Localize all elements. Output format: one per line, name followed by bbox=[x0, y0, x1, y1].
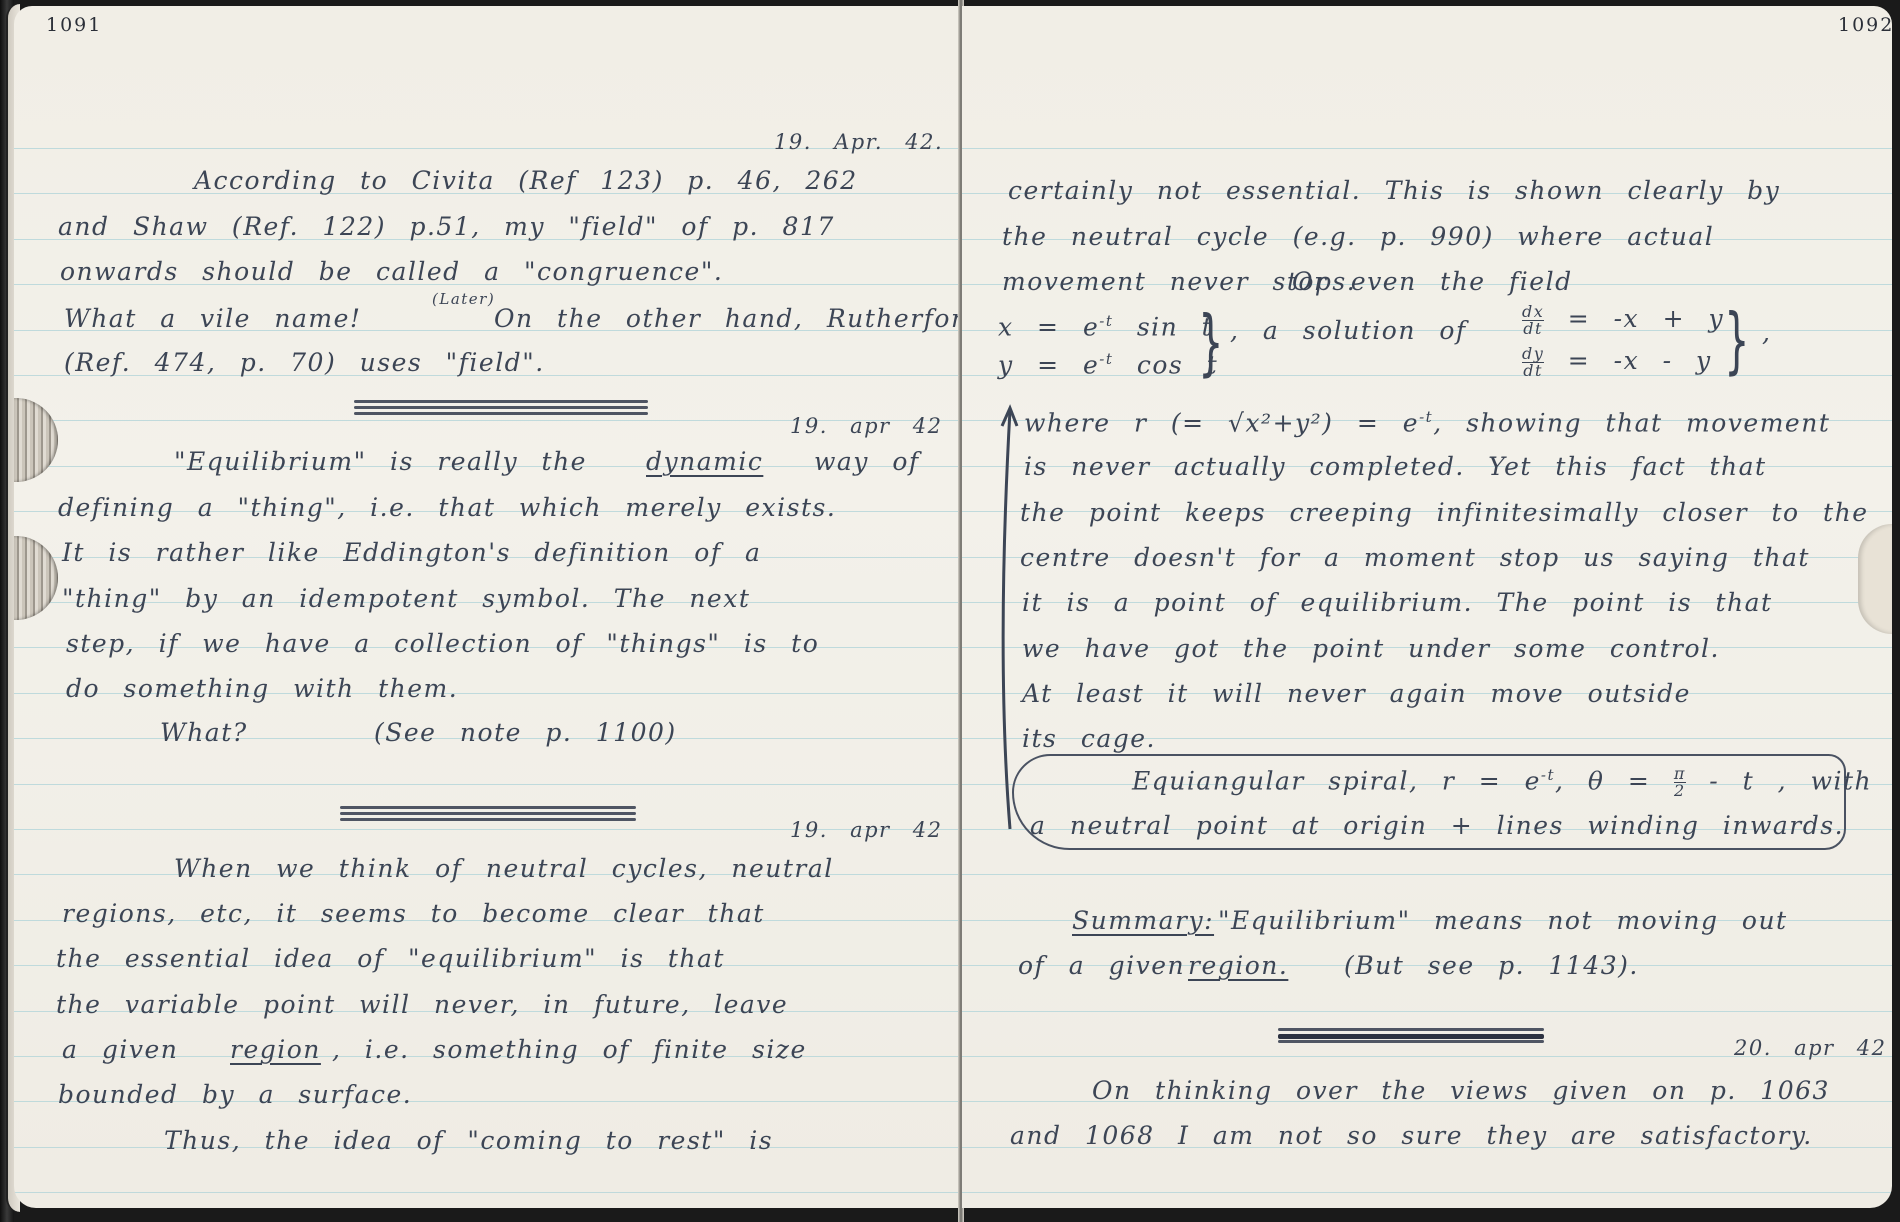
text-line: step, if we have a collection of "things… bbox=[66, 629, 819, 658]
summary-text: "Equilibrium" means not moving out bbox=[1218, 906, 1788, 935]
text-line: Thus, the idea of "coming to rest" is bbox=[164, 1126, 773, 1155]
cross-reference: (See note p. 1100) bbox=[374, 718, 677, 747]
solution-of-text: , a solution of bbox=[1230, 316, 1467, 345]
right-brace-icon: } bbox=[1198, 306, 1223, 378]
section-divider bbox=[354, 400, 648, 416]
text-line: its cage. bbox=[1022, 724, 1156, 753]
text-line: it is a point of equilibrium. The point … bbox=[1022, 588, 1773, 617]
text-line: certainly not essential. This is shown c… bbox=[1008, 176, 1780, 205]
text-line: we have got the point under some control… bbox=[1022, 634, 1720, 663]
ruled-line bbox=[962, 148, 1892, 149]
trailing-comma: , bbox=[1762, 318, 1771, 347]
text-line: , i.e. something of finite size bbox=[332, 1035, 807, 1064]
text-line: and 1068 I am not so sure they are satis… bbox=[1010, 1121, 1813, 1150]
text-line: the point keeps creeping infinitesimally… bbox=[1020, 498, 1868, 527]
right-brace-icon: } bbox=[1724, 304, 1749, 376]
text-line: centre doesn't for a moment stop us sayi… bbox=[1020, 543, 1810, 572]
text-line: "Equilibrium" is really the bbox=[174, 447, 587, 476]
text-line: where r (= √x²+y²) = e-t, showing that m… bbox=[1024, 408, 1830, 437]
summary-text: of a given bbox=[1018, 951, 1185, 980]
text-line: What a vile name! bbox=[64, 304, 361, 333]
text-line: a given bbox=[62, 1035, 178, 1064]
later-annotation: (Later) bbox=[432, 290, 495, 308]
text-line: bounded by a surface. bbox=[58, 1080, 412, 1109]
notebook-spread: 1091 19. Apr. 42. According to Civita (R… bbox=[0, 0, 1900, 1222]
underlined-word: region bbox=[230, 1035, 321, 1064]
text-line: "thing" by an idempotent symbol. The nex… bbox=[62, 584, 750, 613]
text-line: (Ref. 474, p. 70) uses "field". bbox=[64, 348, 545, 377]
equation-dy-dt: dydt = -x - y bbox=[1522, 346, 1712, 379]
entry-date: 19. apr 42 bbox=[790, 818, 942, 842]
underlined-word: region. bbox=[1188, 951, 1288, 980]
binder-ring-bottom bbox=[14, 536, 58, 620]
page-number-right: 1092 bbox=[1838, 14, 1892, 36]
text-line: onwards should be called a "congruence". bbox=[60, 257, 723, 286]
ruled-line bbox=[962, 1192, 1892, 1193]
equation-x: x = e-t sin t bbox=[998, 312, 1213, 341]
underlined-word: dynamic bbox=[646, 447, 763, 476]
text-line: the neutral cycle (e.g. p. 990) where ac… bbox=[1002, 222, 1714, 251]
entry-date: 20. apr 42 bbox=[1734, 1036, 1886, 1060]
boxed-note-line: Equiangular spiral, r = e-t, θ = π2 - t … bbox=[1132, 766, 1872, 799]
thumb-index-notch bbox=[1858, 524, 1892, 634]
text-line: do something with them. bbox=[66, 674, 458, 703]
entry-date: 19. apr 42 bbox=[790, 414, 942, 438]
text-line: On thinking over the views given on p. 1… bbox=[1092, 1076, 1830, 1105]
ruled-line bbox=[14, 1192, 960, 1193]
right-page: 1092 certainly not essential. This is sh… bbox=[962, 6, 1892, 1208]
text-line: What? bbox=[160, 718, 248, 747]
binder-ring-top bbox=[14, 398, 58, 482]
ruled-line bbox=[962, 874, 1892, 875]
page-number-left: 1091 bbox=[46, 14, 102, 36]
text-line: and Shaw (Ref. 122) p.51, my "field" of … bbox=[58, 212, 835, 241]
entry-date: 19. Apr. 42. bbox=[774, 130, 943, 154]
text-line: It is rather like Eddington's definition… bbox=[62, 538, 761, 567]
text-line: When we think of neutral cycles, neutral bbox=[174, 854, 834, 883]
section-divider bbox=[1278, 1028, 1544, 1044]
left-page: 1091 19. Apr. 42. According to Civita (R… bbox=[14, 6, 960, 1208]
equation-dx-dt: dxdt = -x + y bbox=[1522, 304, 1724, 337]
boxed-note-line: a neutral point at origin + lines windin… bbox=[1030, 811, 1844, 840]
text-line: the variable point will never, in future… bbox=[56, 990, 788, 1019]
text-line: According to Civita (Ref 123) p. 46, 262 bbox=[194, 166, 858, 195]
text-line: On the other hand, Rutherford bbox=[494, 304, 960, 333]
ruled-line bbox=[962, 1011, 1892, 1012]
text-line: defining a "thing", i.e. that which mere… bbox=[58, 493, 836, 522]
equation-y: y = e-t cos t bbox=[998, 350, 1218, 379]
section-divider bbox=[340, 806, 636, 822]
text-line: is never actually completed. Yet this fa… bbox=[1024, 452, 1767, 481]
ruled-line bbox=[14, 784, 960, 785]
text-line: Or even the field bbox=[1292, 267, 1573, 296]
text-line: At least it will never again move outsid… bbox=[1022, 679, 1691, 708]
text-line: way of bbox=[814, 447, 920, 476]
summary-label: Summary: bbox=[1072, 906, 1214, 935]
text-line: regions, etc, it seems to become clear t… bbox=[62, 899, 765, 928]
text-line: the essential idea of "equilibrium" is t… bbox=[56, 944, 725, 973]
cross-reference: (But see p. 1143). bbox=[1344, 951, 1639, 980]
